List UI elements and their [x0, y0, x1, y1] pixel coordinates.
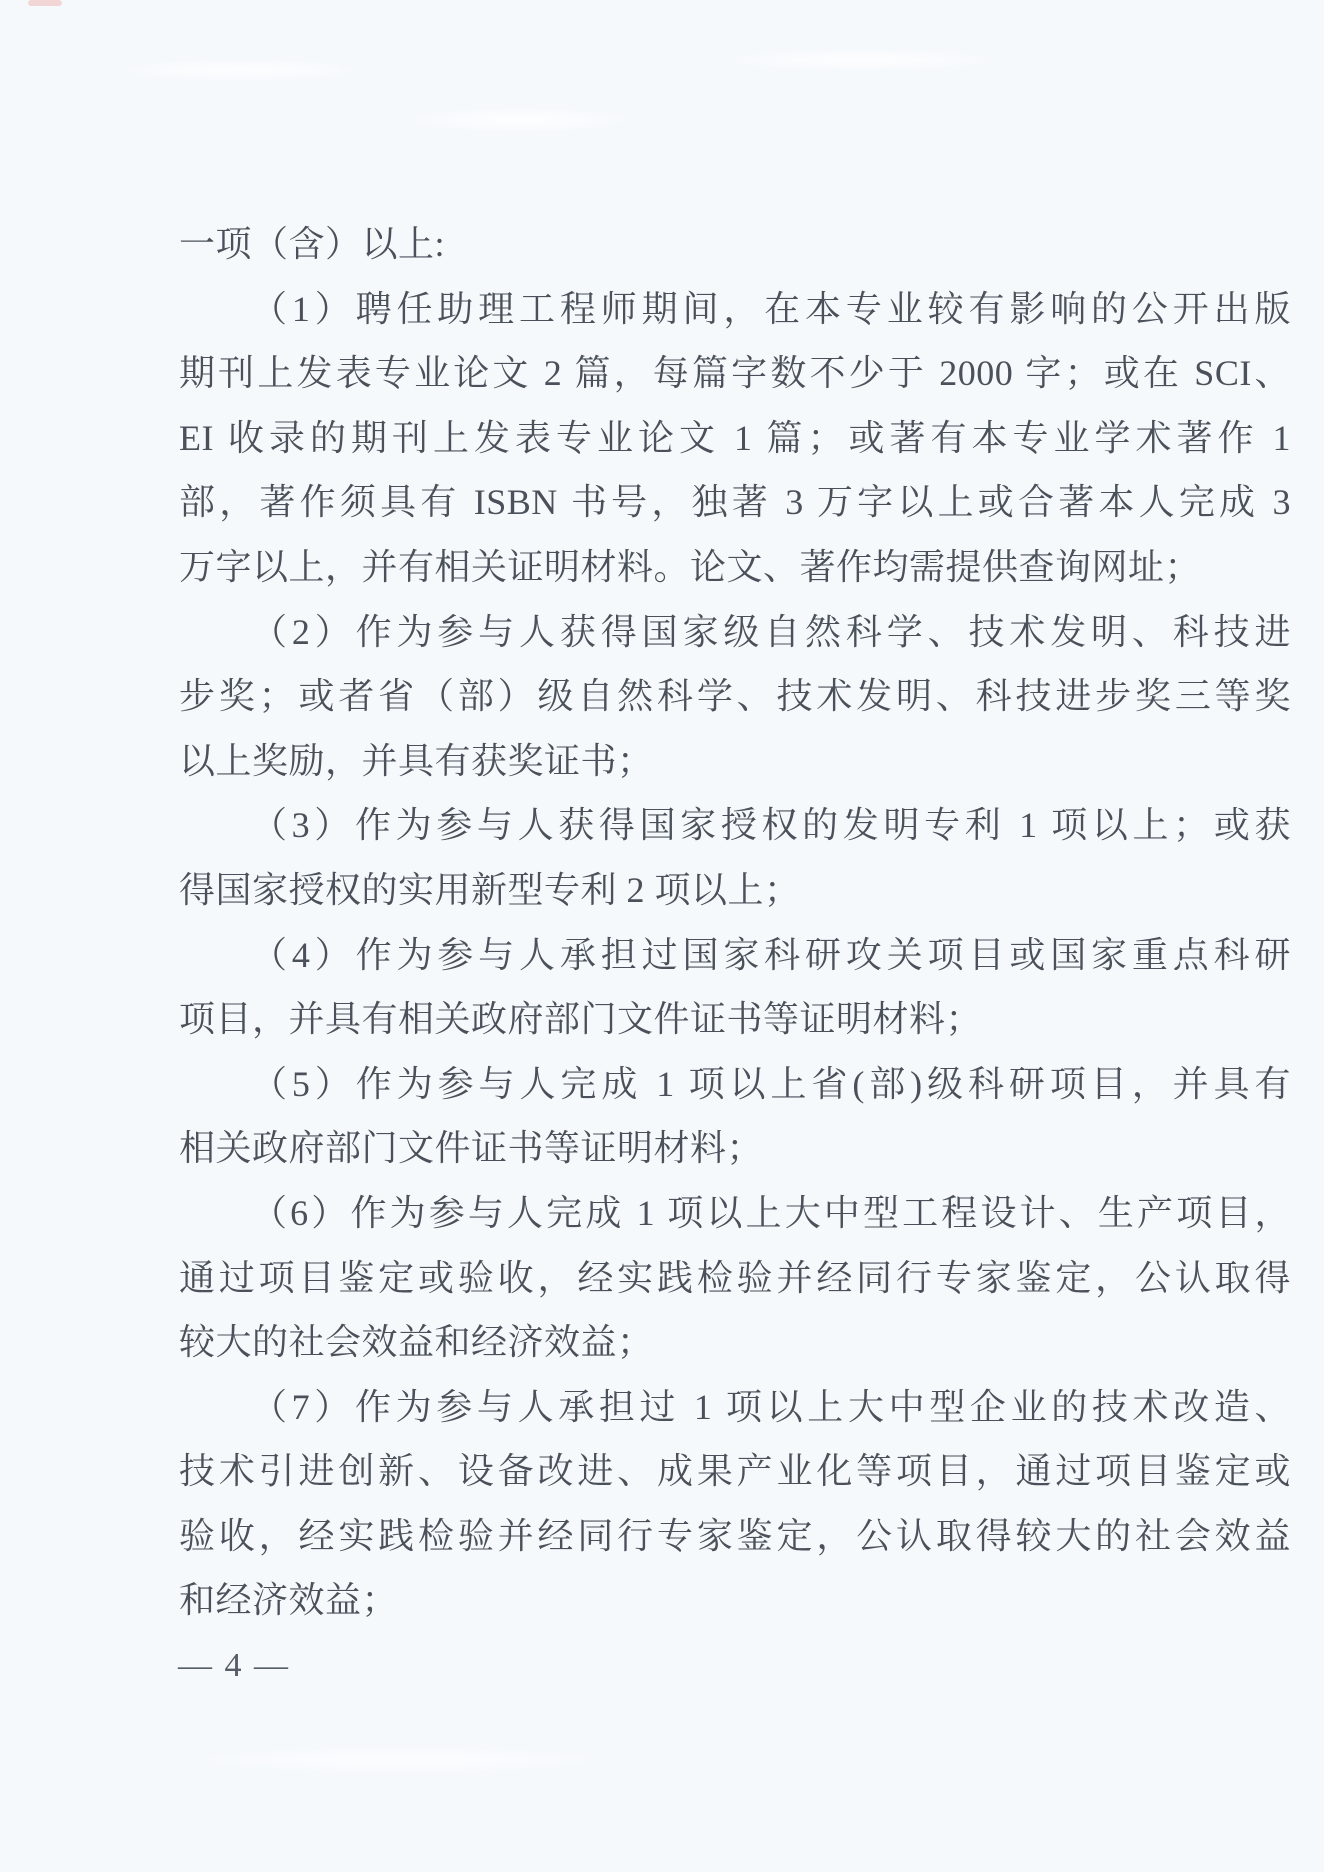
text-line: 技术引进创新、设备改进、成果产业化等项目，通过项目鉴定或: [179, 1439, 1291, 1504]
scanned-document-page: 一项（含）以上:（1）聘任助理工程师期间，在本专业较有影响的公开出版期刊上发表专…: [0, 0, 1324, 1872]
paragraph: （3）作为参与人获得国家授权的发明专利 1 项以上；或获得国家授权的实用新型专利…: [179, 793, 1291, 922]
scan-bleedthrough-artifact: [0, 1700, 1324, 1872]
text-line: （5）作为参与人完成 1 项以上省(部)级科研项目，并具有: [179, 1052, 1291, 1117]
text-line: 部，著作须具有 ISBN 书号，独著 3 万字以上或合著本人完成 3: [179, 470, 1291, 535]
text-line: 通过项目鉴定或验收，经实践检验并经同行专家鉴定，公认取得: [179, 1246, 1291, 1311]
text-line: 验收，经实践检验并经同行专家鉴定，公认取得较大的社会效益: [179, 1504, 1291, 1569]
scan-edge-mark: [28, 0, 62, 6]
paragraph: （4）作为参与人承担过国家科研攻关项目或国家重点科研项目，并具有相关政府部门文件…: [179, 923, 1291, 1052]
text-line: 得国家授权的实用新型专利 2 项以上；: [179, 858, 1291, 923]
paragraph: （7）作为参与人承担过 1 项以上大中型企业的技术改造、技术引进创新、设备改进、…: [179, 1375, 1291, 1633]
document-text: 一项（含）以上:（1）聘任助理工程师期间，在本专业较有影响的公开出版期刊上发表专…: [179, 212, 1291, 1633]
paragraph: （1）聘任助理工程师期间，在本专业较有影响的公开出版期刊上发表专业论文 2 篇，…: [179, 277, 1291, 600]
text-line: 万字以上，并有相关证明材料。论文、著作均需提供查询网址；: [179, 535, 1291, 600]
text-line: （6）作为参与人完成 1 项以上大中型工程设计、生产项目，: [179, 1181, 1291, 1246]
text-line: 一项（含）以上:: [179, 212, 1291, 277]
paragraph: （5）作为参与人完成 1 项以上省(部)级科研项目，并具有相关政府部门文件证书等…: [179, 1052, 1291, 1181]
text-line: 步奖；或者省（部）级自然科学、技术发明、科技进步奖三等奖: [179, 664, 1291, 729]
page-number: — 4 —: [178, 1646, 290, 1686]
text-line: （3）作为参与人获得国家授权的发明专利 1 项以上；或获: [179, 793, 1291, 858]
text-line: 以上奖励，并具有获奖证书；: [179, 729, 1291, 794]
text-line: 和经济效益；: [179, 1568, 1291, 1633]
paragraph: （6）作为参与人完成 1 项以上大中型工程设计、生产项目，通过项目鉴定或验收，经…: [179, 1181, 1291, 1375]
text-line: （7）作为参与人承担过 1 项以上大中型企业的技术改造、: [179, 1375, 1291, 1440]
text-line: 相关政府部门文件证书等证明材料；: [179, 1116, 1291, 1181]
text-line: （2）作为参与人获得国家级自然科学、技术发明、科技进: [179, 600, 1291, 665]
text-line: 较大的社会效益和经济效益；: [179, 1310, 1291, 1375]
scan-bleedthrough-artifact: [0, 0, 1324, 170]
text-line: 期刊上发表专业论文 2 篇，每篇字数不少于 2000 字；或在 SCI、: [179, 341, 1291, 406]
text-line: （1）聘任助理工程师期间，在本专业较有影响的公开出版: [179, 277, 1291, 342]
text-line: （4）作为参与人承担过国家科研攻关项目或国家重点科研: [179, 923, 1291, 988]
text-line: 项目，并具有相关政府部门文件证书等证明材料；: [179, 987, 1291, 1052]
paragraph: 一项（含）以上:: [179, 212, 1291, 277]
paragraph: （2）作为参与人获得国家级自然科学、技术发明、科技进步奖；或者省（部）级自然科学…: [179, 600, 1291, 794]
text-line: EI 收录的期刊上发表专业论文 1 篇；或著有本专业学术著作 1: [179, 406, 1291, 471]
